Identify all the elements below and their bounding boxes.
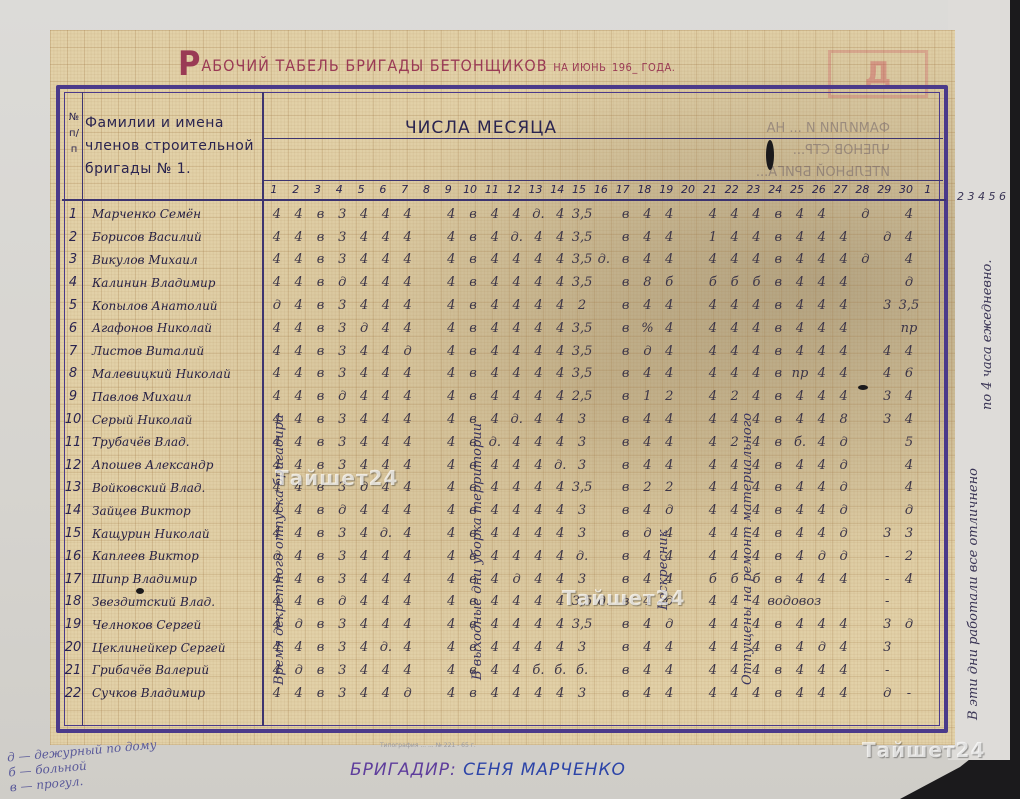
day-cell: 3	[331, 207, 353, 222]
day-cell: в	[767, 366, 789, 381]
watermark: Тайшет24	[862, 738, 985, 762]
day-cell: в	[310, 526, 332, 541]
day-cell: 4	[440, 435, 462, 450]
worker-name: Павлов Михаил	[84, 390, 262, 404]
day-cell: 3	[571, 458, 593, 473]
day-cell: 4	[484, 480, 506, 495]
day-cell: 4	[898, 480, 920, 495]
day-cell	[593, 617, 615, 632]
day-cell: в	[615, 207, 637, 222]
day-cell: 3	[876, 640, 898, 655]
day-cell: 4	[702, 321, 724, 336]
day-cell	[680, 549, 702, 564]
day-cell: в	[615, 366, 637, 381]
day-cell: д.	[549, 458, 571, 473]
day-cell: 4	[484, 389, 506, 404]
day-cell: 4	[375, 321, 397, 336]
day-cell: в	[462, 686, 484, 701]
day-cell: 4	[658, 298, 680, 313]
day-cell	[593, 663, 615, 678]
day-cell	[680, 503, 702, 518]
day-marks: д4в34444в44442в44444в44433,5	[266, 298, 920, 313]
day-cell	[419, 321, 441, 336]
day-cell: 4	[702, 298, 724, 313]
table-row: 22Сучков Владимир44в344д4в44443в44444в44…	[62, 682, 952, 705]
day-cell: в	[310, 366, 332, 381]
day-cell: 4	[702, 366, 724, 381]
day-cell: 4	[353, 389, 375, 404]
table-row: 21Грибачёв Валерий4дв34444в44б.б.б.в4444…	[62, 659, 952, 682]
day-cell: 4	[789, 412, 811, 427]
row-number: 12	[62, 458, 84, 473]
day-cell: 4	[833, 640, 855, 655]
day-cell: в	[310, 686, 332, 701]
day-cell: 4	[549, 230, 571, 245]
day-cell: 4	[702, 617, 724, 632]
day-cell: 4	[506, 686, 528, 701]
day-cell: 4	[353, 549, 375, 564]
day-cell: 6	[898, 366, 920, 381]
day-cell: -	[876, 572, 898, 587]
day-cell: 2,5	[571, 389, 593, 404]
day-cell: 4	[789, 207, 811, 222]
day-cell: 4	[898, 344, 920, 359]
day-cell: 4	[375, 503, 397, 518]
day-cell: 4	[440, 207, 462, 222]
table-row: 1Марченко Семён44в34444в44д.43,5в44444в4…	[62, 203, 952, 226]
day-marks: 44в34444вд.4443в44424вб.4д5	[266, 435, 920, 450]
day-cell: 4	[353, 594, 375, 609]
day-cell: 5	[898, 435, 920, 450]
day-cell	[855, 298, 877, 313]
day-cell: 4	[658, 686, 680, 701]
day-cell: в	[767, 458, 789, 473]
day-cell: 4	[789, 230, 811, 245]
day-cell: в	[615, 480, 637, 495]
day-cell: 4	[833, 344, 855, 359]
day-cell: 4	[288, 526, 310, 541]
day-cell: в	[767, 526, 789, 541]
day-cell: 4	[833, 321, 855, 336]
day-cell	[876, 207, 898, 222]
day-cell: 3	[331, 412, 353, 427]
day-cell: 4	[288, 230, 310, 245]
day-cell: 3	[876, 526, 898, 541]
day-cell: 4	[353, 640, 375, 655]
day-cell: 4	[288, 275, 310, 290]
day-marks: 44в34д.44в44443в44444в4д43	[266, 640, 920, 655]
worker-name: Каплеев Виктор	[84, 549, 262, 563]
day-cell	[680, 640, 702, 655]
day-cell: 3	[331, 252, 353, 267]
table-row: 9Павлов Михаил44вд4444в44442,5в12424в444…	[62, 385, 952, 408]
day-cell	[876, 435, 898, 450]
day-cell: 4	[440, 526, 462, 541]
row-number: 6	[62, 321, 84, 336]
day-cell: 4	[506, 526, 528, 541]
day-cell: 4	[484, 321, 506, 336]
day-cell: 4	[658, 321, 680, 336]
day-cell: 4	[506, 275, 528, 290]
worker-name: Марченко Семён	[84, 207, 262, 221]
day-cell: в	[767, 663, 789, 678]
day-cell: 4	[375, 686, 397, 701]
day-marks: 44в3д444в44443,5в%4444в444пр	[266, 321, 920, 336]
day-cell: 4	[484, 572, 506, 587]
day-cell: в	[767, 230, 789, 245]
day-cell: 4	[811, 389, 833, 404]
day-cell: 4	[440, 275, 462, 290]
day-cell: в	[310, 389, 332, 404]
side-digits: 2 3 4 5 6	[957, 190, 1006, 203]
day-cell: в	[615, 252, 637, 267]
day-cell	[680, 366, 702, 381]
day-cell: 4	[637, 252, 659, 267]
day-cell: 4	[811, 617, 833, 632]
day-cell: д.	[593, 252, 615, 267]
day-cell	[789, 594, 811, 609]
table-row: 2Борисов Василий44в34444в4д.443,5в44144в…	[62, 226, 952, 249]
day-cell	[593, 458, 615, 473]
day-cell: 4	[353, 344, 375, 359]
day-cell: -	[876, 594, 898, 609]
day-cell: в	[615, 412, 637, 427]
worker-name: Кащурин Николай	[84, 527, 262, 541]
day-cell: 4	[375, 435, 397, 450]
day-cell: -	[898, 686, 920, 701]
day-cell: 4	[440, 549, 462, 564]
day-cell: 3	[331, 549, 353, 564]
day-cell: д.	[375, 640, 397, 655]
day-cell	[811, 594, 833, 609]
day-cell: в	[462, 207, 484, 222]
day-marks: 44в34444в44д.43,5в44444в44д4	[266, 207, 920, 222]
day-cell: 4	[397, 640, 419, 655]
day-cell	[680, 230, 702, 245]
day-cell: 3	[571, 412, 593, 427]
day-cell: водовоз	[767, 594, 789, 609]
day-cell: 4	[702, 458, 724, 473]
day-cell: 3	[331, 366, 353, 381]
day-cell	[593, 549, 615, 564]
day-cell: 4	[440, 298, 462, 313]
day-cell: в	[767, 298, 789, 313]
day-cell: 4	[353, 275, 375, 290]
day-cell: 4	[506, 549, 528, 564]
day-cell: д.	[375, 526, 397, 541]
worker-name: Челноков Сергей	[84, 618, 262, 632]
day-cell: в	[310, 549, 332, 564]
worker-name: Борисов Василий	[84, 230, 262, 244]
day-cell: пр	[898, 321, 920, 336]
day-marks: 44в34д.44в44443вд4444в44д33	[266, 526, 920, 541]
day-cell: 4	[702, 412, 724, 427]
watermark: Тайшет24	[275, 466, 398, 490]
day-cell	[419, 572, 441, 587]
day-cell: 4	[484, 594, 506, 609]
day-cell: 4	[811, 686, 833, 701]
day-cell	[419, 344, 441, 359]
worker-name: Листов Виталий	[84, 344, 262, 358]
day-cell: 4	[811, 663, 833, 678]
day-cell: 4	[811, 412, 833, 427]
day-cell: 4	[549, 640, 571, 655]
day-cell: б.	[571, 663, 593, 678]
worker-name: Агафонов Николай	[84, 321, 262, 335]
day-cell: 4	[288, 572, 310, 587]
day-cell: 3,5	[571, 252, 593, 267]
day-cell: 4	[288, 207, 310, 222]
table-row: 4Калинин Владимир44вд4444в44443,5в8ббббв…	[62, 271, 952, 294]
day-cell: в	[615, 617, 637, 632]
day-cell: 4	[658, 640, 680, 655]
day-cell: д	[833, 458, 855, 473]
day-cell: 4	[898, 458, 920, 473]
day-cell: д	[637, 344, 659, 359]
day-cell: пр	[789, 366, 811, 381]
day-cell: в	[615, 686, 637, 701]
table-row: 16Каплеев Викторд4в34444в4444д.в44444в4д…	[62, 545, 952, 568]
day-cell: -	[876, 549, 898, 564]
day-cell: 4	[811, 366, 833, 381]
row-number: 13	[62, 480, 84, 495]
day-cell: 4	[375, 549, 397, 564]
day-cell	[593, 207, 615, 222]
day-cell: 4	[484, 298, 506, 313]
day-cell: 4	[637, 230, 659, 245]
day-cell: 4	[528, 480, 550, 495]
day-cell: 4	[811, 458, 833, 473]
day-marks: 44вд4444в44443в4д444в44дд	[266, 503, 920, 518]
vertical-note-col17: Воскресник	[656, 380, 671, 610]
day-cell: в	[310, 275, 332, 290]
day-cell: 4	[789, 503, 811, 518]
day-cell: 4	[288, 594, 310, 609]
day-cell: в	[615, 549, 637, 564]
day-marks: 44в34444в44443,5в44444впр4446	[266, 366, 920, 381]
day-cell: 4	[811, 480, 833, 495]
day-cell: в	[767, 480, 789, 495]
day-cell: 4	[288, 435, 310, 450]
row-number: 8	[62, 366, 84, 381]
day-cell: д	[331, 389, 353, 404]
day-cell: 3	[571, 526, 593, 541]
day-cell: 4	[789, 572, 811, 587]
day-cell: 4	[375, 275, 397, 290]
day-cell: 4	[898, 412, 920, 427]
foreman-signature: Бригадир: Сеня Марченко	[350, 760, 626, 780]
day-cell	[855, 389, 877, 404]
day-cell: 4	[397, 412, 419, 427]
day-cell: %	[637, 321, 659, 336]
day-cell: 3	[876, 412, 898, 427]
day-cell: 4	[898, 572, 920, 587]
day-cell: 4	[637, 663, 659, 678]
day-cell: 4	[375, 594, 397, 609]
day-cell: 8	[637, 275, 659, 290]
day-cell	[855, 640, 877, 655]
row-number: 16	[62, 549, 84, 564]
day-cell	[680, 321, 702, 336]
day-cell: 4	[484, 207, 506, 222]
day-cell: 4	[484, 686, 506, 701]
day-cell	[876, 321, 898, 336]
day-cell: д	[833, 526, 855, 541]
row-number: 1	[62, 207, 84, 222]
day-cell: 4	[353, 230, 375, 245]
row-number: 4	[62, 275, 84, 290]
day-cell: 4	[811, 298, 833, 313]
day-cell: 4	[506, 389, 528, 404]
table-row: 11Трубачёв Влад.44в34444вд.4443в44424вб.…	[62, 431, 952, 454]
day-numbers-row: 1 2 3 4 5 6 7 8 9 10 11 12 13 14 15 16 1…	[263, 183, 943, 203]
day-cell: 4	[789, 663, 811, 678]
day-cell: 4	[397, 435, 419, 450]
day-cell: 3,5	[571, 366, 593, 381]
day-cell: 4	[549, 526, 571, 541]
worker-name: Серый Николай	[84, 413, 262, 427]
day-cell: 3,5	[571, 230, 593, 245]
day-cell: 4	[811, 252, 833, 267]
day-cell	[419, 389, 441, 404]
day-cell	[680, 435, 702, 450]
day-cell: в	[615, 275, 637, 290]
day-cell: 4	[549, 435, 571, 450]
day-cell: в	[310, 640, 332, 655]
day-cell: 4	[484, 412, 506, 427]
day-cell: 3	[331, 526, 353, 541]
day-cell: 4	[549, 207, 571, 222]
table-row: 7Листов Виталий44в344д4в44443,5вд4444в44…	[62, 340, 952, 363]
row-number: 19	[62, 617, 84, 632]
day-cell: 4	[484, 458, 506, 473]
day-cell: д	[876, 686, 898, 701]
day-cell: 4	[702, 526, 724, 541]
row-number: 11	[62, 435, 84, 450]
day-cell: в	[615, 572, 637, 587]
table-row: 20Цеклинейкер Сергей44в34д.44в44443в4444…	[62, 636, 952, 659]
day-cell: 4	[789, 252, 811, 267]
day-cell: в	[310, 617, 332, 632]
day-cell: 4	[658, 252, 680, 267]
worker-name: Калинин Владимир	[84, 276, 262, 290]
printer-imprint: Типография ... ... № 221 - 65 г.	[380, 742, 476, 749]
day-cell: 4	[397, 594, 419, 609]
day-cell: 4	[658, 230, 680, 245]
day-cell	[680, 663, 702, 678]
day-cell: в	[310, 572, 332, 587]
row-number: 2	[62, 230, 84, 245]
day-cell: 4	[702, 207, 724, 222]
worker-name: Цеклинейкер Сергей	[84, 641, 262, 655]
day-cell: 3,5	[571, 275, 593, 290]
vertical-note-col22: Отпущены на ремонт материального	[740, 215, 755, 685]
day-cell: 4	[375, 366, 397, 381]
day-cell: 4	[506, 663, 528, 678]
day-cell	[419, 207, 441, 222]
day-cell	[855, 686, 877, 701]
day-cell: б	[702, 275, 724, 290]
day-cell: 8	[833, 412, 855, 427]
day-cell: 4	[528, 275, 550, 290]
day-cell: 4	[702, 663, 724, 678]
day-cell: 4	[789, 344, 811, 359]
day-cell: в	[310, 503, 332, 518]
day-cell: д	[288, 663, 310, 678]
day-cell: 4	[397, 252, 419, 267]
table-row: 10Серый Николай44в34444в4д.443в44444в448…	[62, 408, 952, 431]
day-cell	[855, 526, 877, 541]
day-cell: 4	[375, 572, 397, 587]
day-cell: 4	[397, 663, 419, 678]
day-cell: 4	[440, 503, 462, 518]
day-cell: 3,5	[898, 298, 920, 313]
day-cell: в	[310, 298, 332, 313]
day-cell: 4	[528, 549, 550, 564]
day-cell: 4	[506, 252, 528, 267]
day-cell: 4	[506, 594, 528, 609]
day-cell: д	[898, 275, 920, 290]
table-row: 18Звездитский Влад.44вд4444в44443,5д.в4д…	[62, 591, 952, 614]
day-cell: 4	[789, 389, 811, 404]
day-cell: 4	[528, 366, 550, 381]
day-cell: 4	[397, 526, 419, 541]
day-cell: 4	[288, 321, 310, 336]
table-row: 5Копылов Анатолийд4в34444в44442в44444в44…	[62, 294, 952, 317]
day-cell: 4	[658, 207, 680, 222]
day-cell: в	[767, 686, 789, 701]
day-cell: 3,5	[571, 617, 593, 632]
document-title: Рабочий табель бригады бетонщиков на июн…	[178, 44, 858, 84]
day-cell: в	[310, 252, 332, 267]
day-cell: 4	[397, 321, 419, 336]
day-cell	[419, 617, 441, 632]
day-cell	[855, 594, 877, 609]
day-cell: 4	[702, 503, 724, 518]
day-cell: 4	[506, 298, 528, 313]
day-cell: 4	[506, 503, 528, 518]
day-cell	[855, 366, 877, 381]
day-marks: 4дв34444в44443,5в4д444в4443д	[266, 617, 920, 632]
day-cell: в	[615, 640, 637, 655]
number-column-header: № п/п	[66, 110, 82, 158]
day-cell	[876, 503, 898, 518]
day-cell	[419, 458, 441, 473]
day-cell: д	[397, 686, 419, 701]
day-cell: 4	[288, 503, 310, 518]
day-cell: 4	[789, 617, 811, 632]
day-cell: 4	[288, 252, 310, 267]
day-cell: 4	[353, 435, 375, 450]
day-cell: 4	[549, 412, 571, 427]
day-cell: 3	[876, 389, 898, 404]
side-note-upper: по 4 часа ежедневно.	[980, 210, 995, 410]
day-cell: в	[767, 275, 789, 290]
day-cell: 4	[833, 366, 855, 381]
day-cell	[680, 617, 702, 632]
day-cell: 4	[484, 252, 506, 267]
day-cell: в	[615, 526, 637, 541]
day-cell: 4	[375, 230, 397, 245]
day-cell: в	[310, 412, 332, 427]
day-cell: 4	[789, 549, 811, 564]
day-marks: 44вд4444в44443,5в8ббббв444д	[266, 275, 920, 290]
worker-name: Звездитский Влад.	[84, 595, 262, 609]
worker-name: Зайцев Виктор	[84, 504, 262, 518]
day-cell	[593, 298, 615, 313]
day-cell	[680, 458, 702, 473]
day-cell: 4	[528, 686, 550, 701]
